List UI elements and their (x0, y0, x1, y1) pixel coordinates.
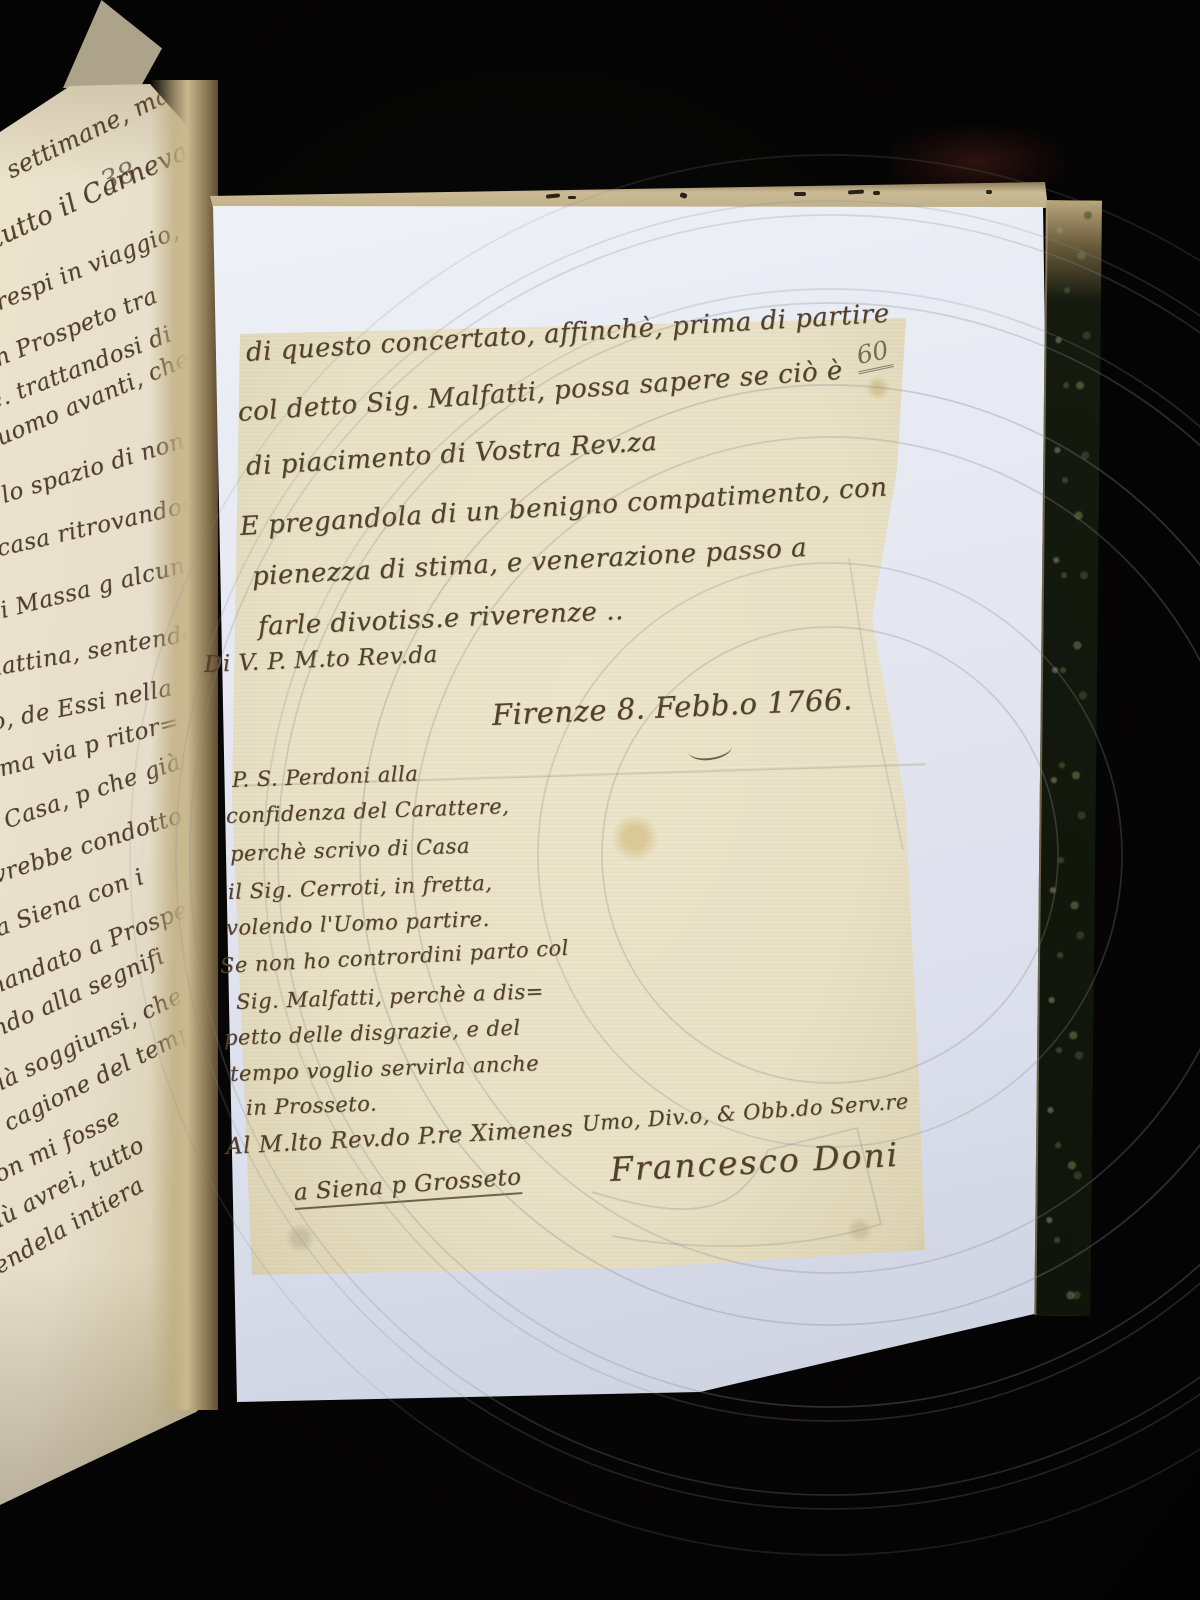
manuscript-photo: 38 d settimane, ma in= tutto il Carneval… (0, 0, 1200, 1600)
page-corner-edge (52, 0, 162, 88)
marbled-cover-edge (1034, 200, 1102, 1316)
book-cover-shadow (890, 126, 1065, 186)
ink-mark (873, 191, 880, 195)
ink-mark (794, 192, 806, 196)
ink-mark (986, 190, 992, 194)
ink-mark (848, 189, 864, 194)
ink-mark (568, 196, 576, 199)
ink-mark (679, 192, 687, 199)
ink-mark (546, 193, 560, 198)
postscript-line: in Prosseto. (246, 1091, 378, 1120)
book-pages-top-edge (208, 182, 1048, 208)
book-gutter (150, 80, 218, 1410)
